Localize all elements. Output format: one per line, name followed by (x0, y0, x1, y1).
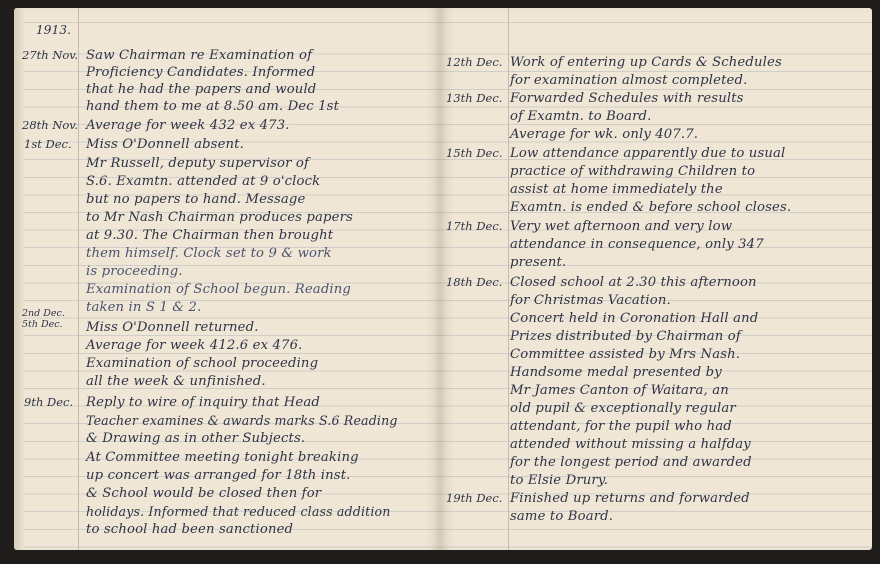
entry-line: assist at home immediately the (510, 181, 723, 199)
entry-line: Average for week 432 ex 473. (86, 117, 290, 135)
entry-line: & School would be closed then for (86, 485, 321, 503)
entry-line: of Examtn. to Board. (510, 108, 651, 126)
entry-line: present. (510, 254, 566, 272)
entry-line: Low attendance apparently due to usual (510, 145, 785, 163)
entry-line: Average for wk. only 407.7. (510, 126, 698, 144)
page-edge (14, 8, 24, 550)
entry-date: 13th Dec. (446, 90, 502, 108)
entry-line: same to Board. (510, 508, 613, 526)
entry-line: Concert held in Coronation Hall and (510, 310, 758, 328)
entry-date: 17th Dec. (446, 218, 502, 236)
entry-line: Miss O'Donnell returned. (86, 319, 259, 337)
entry-line: Prizes distributed by Chairman of (510, 328, 741, 346)
entry-line: Forwarded Schedules with results (510, 90, 744, 108)
entry-line: holidays. Informed that reduced class ad… (86, 503, 391, 521)
entry-line: Average for week 412.6 ex 476. (86, 337, 303, 355)
entry-line: Proficiency Candidates. Informed (86, 64, 315, 82)
entry-line: taken in S 1 & 2. (86, 299, 201, 317)
year-heading: 1913. (36, 22, 71, 40)
entry-line: to Mr Nash Chairman produces papers (86, 209, 353, 227)
entry-line: Finished up returns and forwarded (510, 490, 750, 508)
entry-date: 2nd Dec. 5th Dec. (22, 308, 78, 330)
entry-line: to school had been sanctioned (86, 521, 293, 539)
margin-line (508, 8, 509, 550)
entry-date: 27th Nov. (22, 47, 78, 65)
entry-line: Teacher examines & awards marks S.6 Read… (86, 412, 398, 430)
entry-line: At Committee meeting tonight breaking (86, 449, 359, 467)
entry-line: practice of withdrawing Children to (510, 163, 755, 181)
entry-line: old pupil & exceptionally regular (510, 400, 736, 418)
entry-line: Mr Russell, deputy supervisor of (86, 155, 309, 173)
entry-line: Very wet afternoon and very low (510, 218, 732, 236)
entry-line: to Elsie Drury. (510, 472, 608, 490)
entry-line: Committee assisted by Mrs Nash. (510, 346, 740, 364)
left-page: 1913. 27th Nov. Saw Chairman re Examinat… (14, 8, 440, 550)
margin-line (78, 8, 79, 550)
entry-date: 28th Nov. (22, 117, 78, 135)
entry-line: up concert was arranged for 18th inst. (86, 467, 351, 485)
entry-line: all the week & unfinished. (86, 373, 266, 391)
entry-date: 1st Dec. (24, 136, 72, 154)
entry-line: S.6. Examtn. attended at 9 o'clock (86, 173, 320, 191)
entry-line: at 9.30. The Chairman then brought (86, 227, 333, 245)
entry-line: Reply to wire of inquiry that Head (86, 394, 320, 412)
entry-line: attendance in consequence, only 347 (510, 236, 764, 254)
entry-line: that he had the papers and would (86, 81, 316, 99)
entry-line: for the longest period and awarded (510, 454, 752, 472)
entry-line: is proceeding. (86, 263, 183, 281)
entry-date: 15th Dec. (446, 145, 502, 163)
entry-line: hand them to me at 8.50 am. Dec 1st (86, 98, 339, 116)
entry-line: for Christmas Vacation. (510, 292, 671, 310)
entry-date: 12th Dec. (446, 54, 502, 72)
entry-date: 19th Dec. (446, 490, 502, 508)
entry-line: & Drawing as in other Subjects. (86, 430, 305, 448)
entry-line: Mr James Canton of Waitara, an (510, 382, 729, 400)
entry-line: Examtn. is ended & before school closes. (510, 199, 791, 217)
entry-line: Saw Chairman re Examination of (86, 47, 312, 65)
entry-line: attendant, for the pupil who had (510, 418, 732, 436)
entry-date: 9th Dec. (24, 394, 73, 412)
entry-line: Examination of school proceeding (86, 355, 318, 373)
entry-line: Examination of School begun. Reading (86, 281, 351, 299)
entry-line: Handsome medal presented by (510, 364, 722, 382)
entry-line: attended without missing a halfday (510, 436, 751, 454)
entry-line: for examination almost completed. (510, 72, 747, 90)
entry-line: Work of entering up Cards & Schedules (510, 54, 782, 72)
entry-line: Closed school at 2.30 this afternoon (510, 274, 757, 292)
entry-line: but no papers to hand. Message (86, 191, 305, 209)
right-page: 12th Dec. Work of entering up Cards & Sc… (440, 8, 872, 550)
entry-date: 18th Dec. (446, 274, 502, 292)
open-logbook: 1913. 27th Nov. Saw Chairman re Examinat… (14, 8, 872, 550)
entry-line: Miss O'Donnell absent. (86, 136, 244, 154)
entry-line: them himself. Clock set to 9 & work (86, 245, 332, 263)
